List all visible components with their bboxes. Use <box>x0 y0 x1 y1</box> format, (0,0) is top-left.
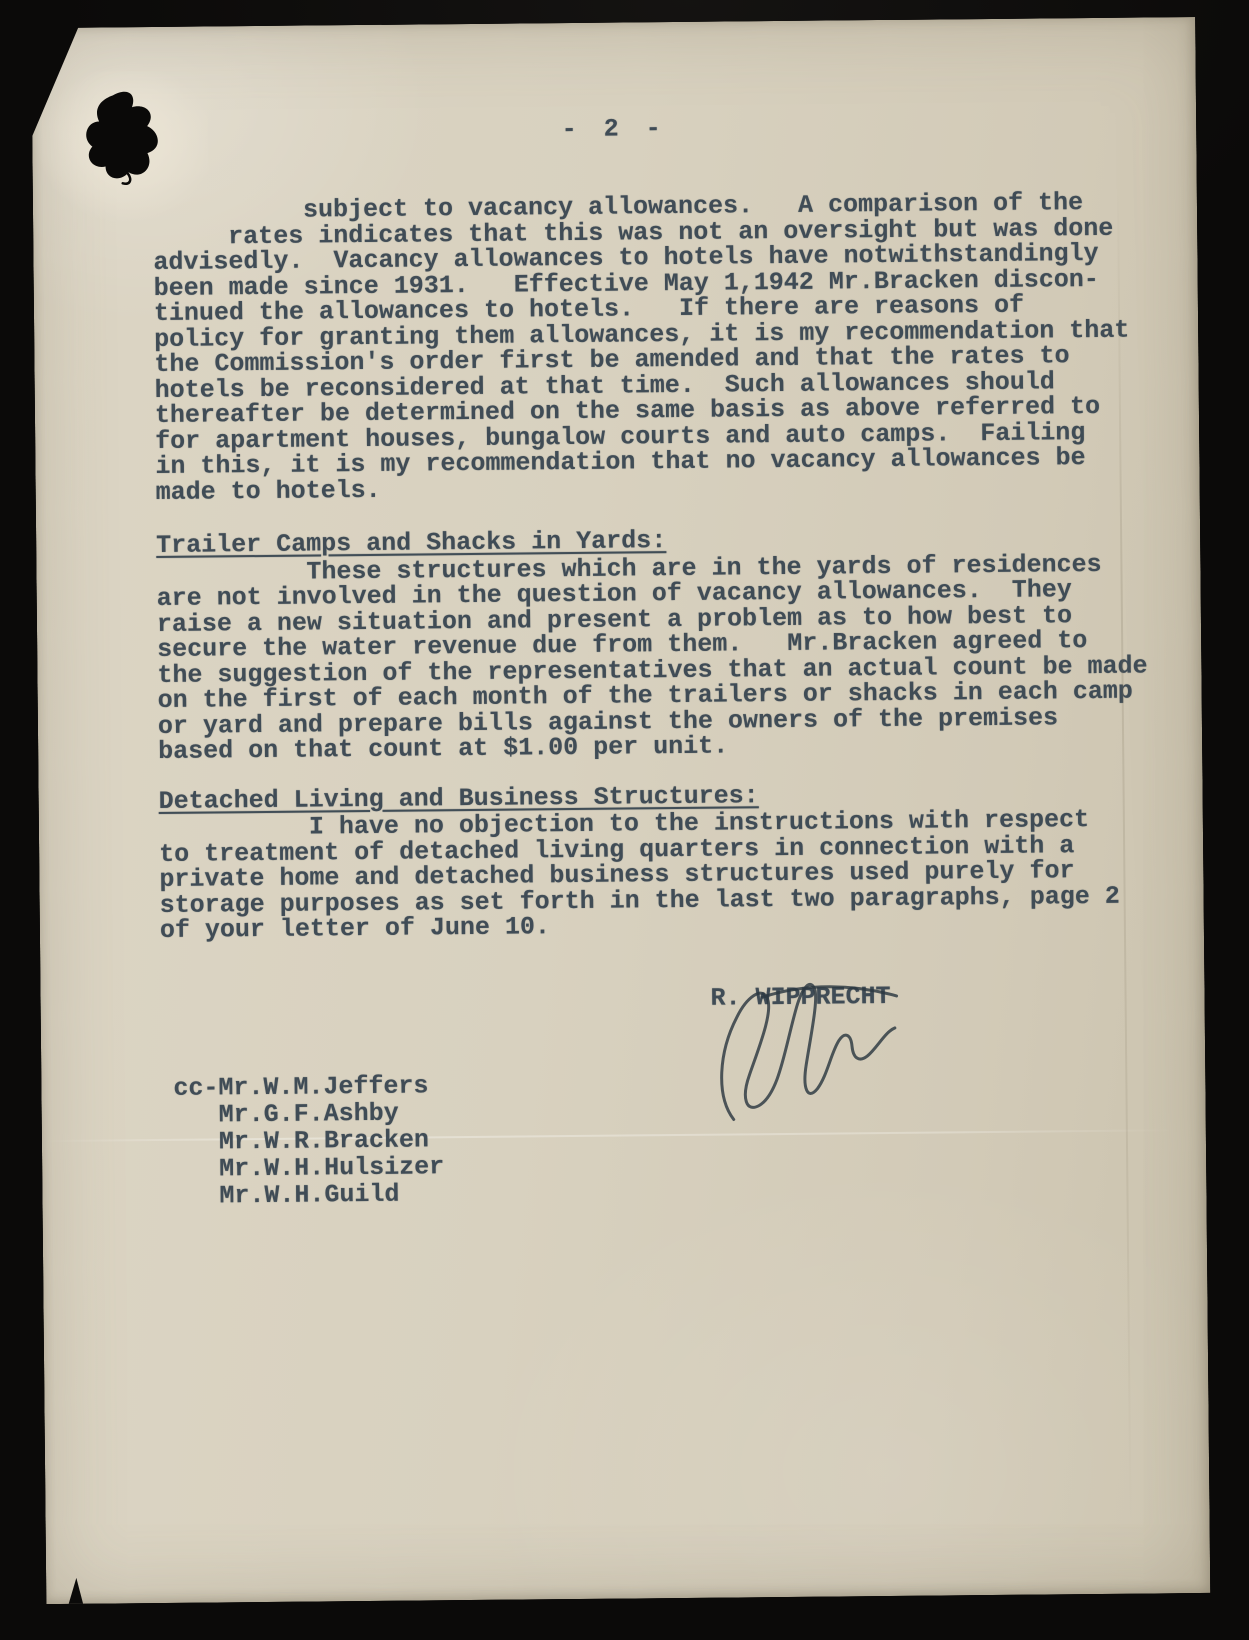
handwritten-signature <box>698 966 910 1128</box>
cc-list: cc-Mr.W.M.Jeffers Mr.G.F.Ashby Mr.W.R.Br… <box>173 1072 444 1210</box>
letter-page: - 2 - subject to vacancy allowances. A c… <box>31 17 1210 1604</box>
letter-body: subject to vacancy allowances. A compari… <box>153 189 1170 943</box>
edge-notch <box>68 1578 83 1605</box>
paragraph-detached-structures: I have no objection to the instructions … <box>159 806 1170 943</box>
paragraph-continuation: subject to vacancy allowances. A compari… <box>153 189 1166 505</box>
paragraph-trailer-camps: These structures which are in the yards … <box>156 551 1168 765</box>
photo-background: - 2 - subject to vacancy allowances. A c… <box>0 0 1249 1640</box>
